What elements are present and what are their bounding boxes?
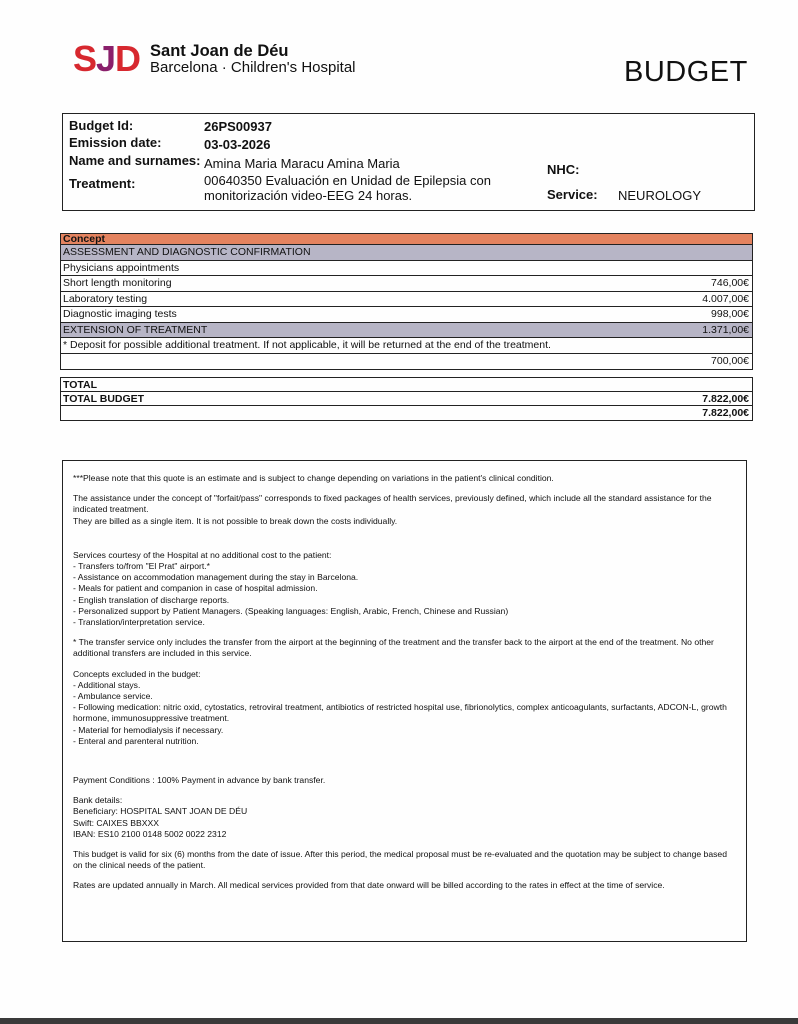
transfer-note: * The transfer service only includes the… (73, 637, 736, 659)
rates-note: Rates are updated annually in March. All… (73, 880, 736, 891)
viewer-bottom-edge (0, 1018, 798, 1024)
concept-amount: 4.007,00€ (702, 293, 749, 305)
concept-label: Short length monitoring (63, 277, 172, 289)
list-item: - Meals for patient and companion in cas… (73, 583, 736, 594)
treatment-line-2: monitorización video-EEG 24 horas. (204, 188, 491, 203)
total-label: TOTAL (63, 379, 97, 391)
concept-item-row: Laboratory testing4.007,00€ (61, 292, 752, 308)
logo-letter-j: J (96, 38, 115, 79)
concept-item-row: 700,00€ (61, 354, 752, 370)
concept-table-header: Concept TOTAL (61, 234, 752, 245)
total-amount: 7.822,00€ (702, 407, 749, 419)
budget-id-label: Budget Id: (69, 118, 133, 133)
patient-name-value: Amina Maria Maracu Amina Maria (204, 156, 400, 171)
concept-label: ASSESSMENT AND DIAGNOSTIC CONFIRMATION (63, 246, 311, 258)
hospital-logo: SJD Sant Joan de Déu Barcelona · Childre… (73, 41, 356, 77)
courtesy-services-title: Services courtesy of the Hospital at no … (73, 550, 736, 561)
concept-label: EXTENSION OF TREATMENT (63, 324, 207, 336)
concept-amount: 746,00€ (711, 277, 749, 289)
total-amount: 7.822,00€ (702, 393, 749, 405)
concept-amount: 700,00€ (711, 355, 749, 367)
estimate-note: ***Please note that this quote is an est… (73, 473, 736, 484)
service-value: NEUROLOGY (618, 188, 701, 203)
concept-amount: 1.371,00€ (702, 324, 749, 336)
list-item: - Following medication: nitric oxid, cyt… (73, 702, 736, 724)
payment-conditions: Payment Conditions : 100% Payment in adv… (73, 775, 736, 786)
service-label: Service: (547, 187, 598, 202)
logo-letter-d: D (115, 38, 140, 79)
logo-letter-s: S (73, 38, 96, 79)
list-item: - Material for hemodialysis if necessary… (73, 725, 736, 736)
notes-box: ***Please note that this quote is an est… (62, 460, 747, 942)
concept-category-row: EXTENSION OF TREATMENT1.371,00€ (61, 323, 752, 339)
treatment-value: 00640350 Evaluación en Unidad de Epileps… (204, 173, 491, 203)
forfait-note: The assistance under the concept of "for… (73, 493, 736, 515)
hospital-name: Sant Joan de Déu (150, 42, 355, 60)
list-item: - Ambulance service. (73, 691, 736, 702)
concept-table: Concept TOTAL ASSESSMENT AND DIAGNOSTIC … (60, 233, 753, 370)
bank-iban: IBAN: ES10 2100 0148 5002 0022 2312 (73, 829, 736, 840)
budget-id-value: 26PS00937 (204, 119, 272, 134)
list-item: - Translation/interpretation service. (73, 617, 736, 628)
total-label: TOTAL BUDGET (63, 393, 144, 405)
total-row: TOTAL (61, 378, 752, 392)
validity-note: This budget is valid for six (6) months … (73, 849, 736, 871)
totals-table: TOTALTOTAL BUDGET7.822,00€7.822,00€ (60, 377, 753, 421)
concept-label: Diagnostic imaging tests (63, 308, 177, 320)
list-item: - Personalized support by Patient Manage… (73, 606, 736, 617)
nhc-label: NHC: (547, 162, 580, 177)
concept-label: * Deposit for possible additional treatm… (63, 339, 551, 351)
concept-item-row: Diagnostic imaging tests998,00€ (61, 307, 752, 323)
emission-date-label: Emission date: (69, 135, 161, 150)
sjd-logo-mark: SJD (73, 41, 140, 77)
treatment-label: Treatment: (69, 176, 135, 191)
budget-document: SJD Sant Joan de Déu Barcelona · Childre… (0, 0, 798, 1018)
list-item: - Assistance on accommodation management… (73, 572, 736, 583)
hospital-subtitle: Barcelona · Children's Hospital (150, 60, 355, 77)
list-item: - Enteral and parenteral nutrition. (73, 736, 736, 747)
bank-beneficiary: Beneficiary: HOSPITAL SANT JOAN DE DÉU (73, 806, 736, 817)
concept-label: Laboratory testing (63, 293, 147, 305)
document-title: BUDGET (624, 56, 748, 89)
concept-column-header: Concept (63, 233, 105, 245)
bank-details-title: Bank details: (73, 795, 736, 806)
list-item: - Additional stays. (73, 680, 736, 691)
bank-swift: Swift: CAIXES BBXXX (73, 818, 736, 829)
patient-info-box: Budget Id: 26PS00937 Emission date: 03-0… (62, 113, 755, 211)
billing-note: They are billed as a single item. It is … (73, 516, 736, 527)
concept-item-row: * Deposit for possible additional treatm… (61, 338, 752, 354)
concept-item-row: Short length monitoring746,00€ (61, 276, 752, 292)
total-row: TOTAL BUDGET7.822,00€ (61, 392, 752, 406)
excluded-concepts-list: - Additional stays.- Ambulance service.-… (73, 680, 736, 747)
excluded-concepts-title: Concepts excluded in the budget: (73, 669, 736, 680)
total-row: 7.822,00€ (61, 406, 752, 420)
treatment-line-1: 00640350 Evaluación en Unidad de Epileps… (204, 173, 491, 188)
courtesy-services-list: - Transfers to/from "El Prat" airport.*-… (73, 561, 736, 628)
list-item: - Transfers to/from "El Prat" airport.* (73, 561, 736, 572)
concept-category-row: ASSESSMENT AND DIAGNOSTIC CONFIRMATION (61, 245, 752, 261)
concept-label: Physicians appointments (63, 262, 179, 274)
list-item: - English translation of discharge repor… (73, 595, 736, 606)
emission-date-value: 03-03-2026 (204, 137, 271, 152)
concept-item-row: Physicians appointments (61, 261, 752, 277)
concept-amount: 998,00€ (711, 308, 749, 320)
name-label: Name and surnames: (69, 153, 201, 168)
